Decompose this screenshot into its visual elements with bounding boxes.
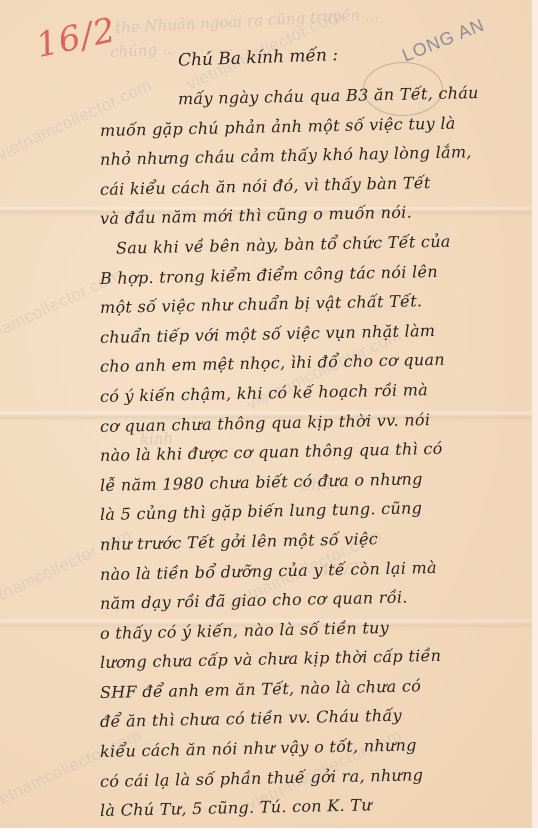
pencil-location-annotation: LONG AN — [399, 14, 488, 66]
paper-edge — [532, 0, 538, 828]
salutation: Chú Ba kính mến : — [178, 45, 339, 71]
red-date-annotation: 16/2 — [33, 10, 120, 66]
letter-paper: the Nhuận ngoài ra cũng truyền ... chúng… — [0, 0, 532, 828]
letter-body: mấy ngày cháu qua B3 ăn Tết, cháu muốn g… — [100, 86, 525, 826]
bleed-through-text: the Nhuận ngoài ra cũng truyền ... — [115, 5, 380, 37]
